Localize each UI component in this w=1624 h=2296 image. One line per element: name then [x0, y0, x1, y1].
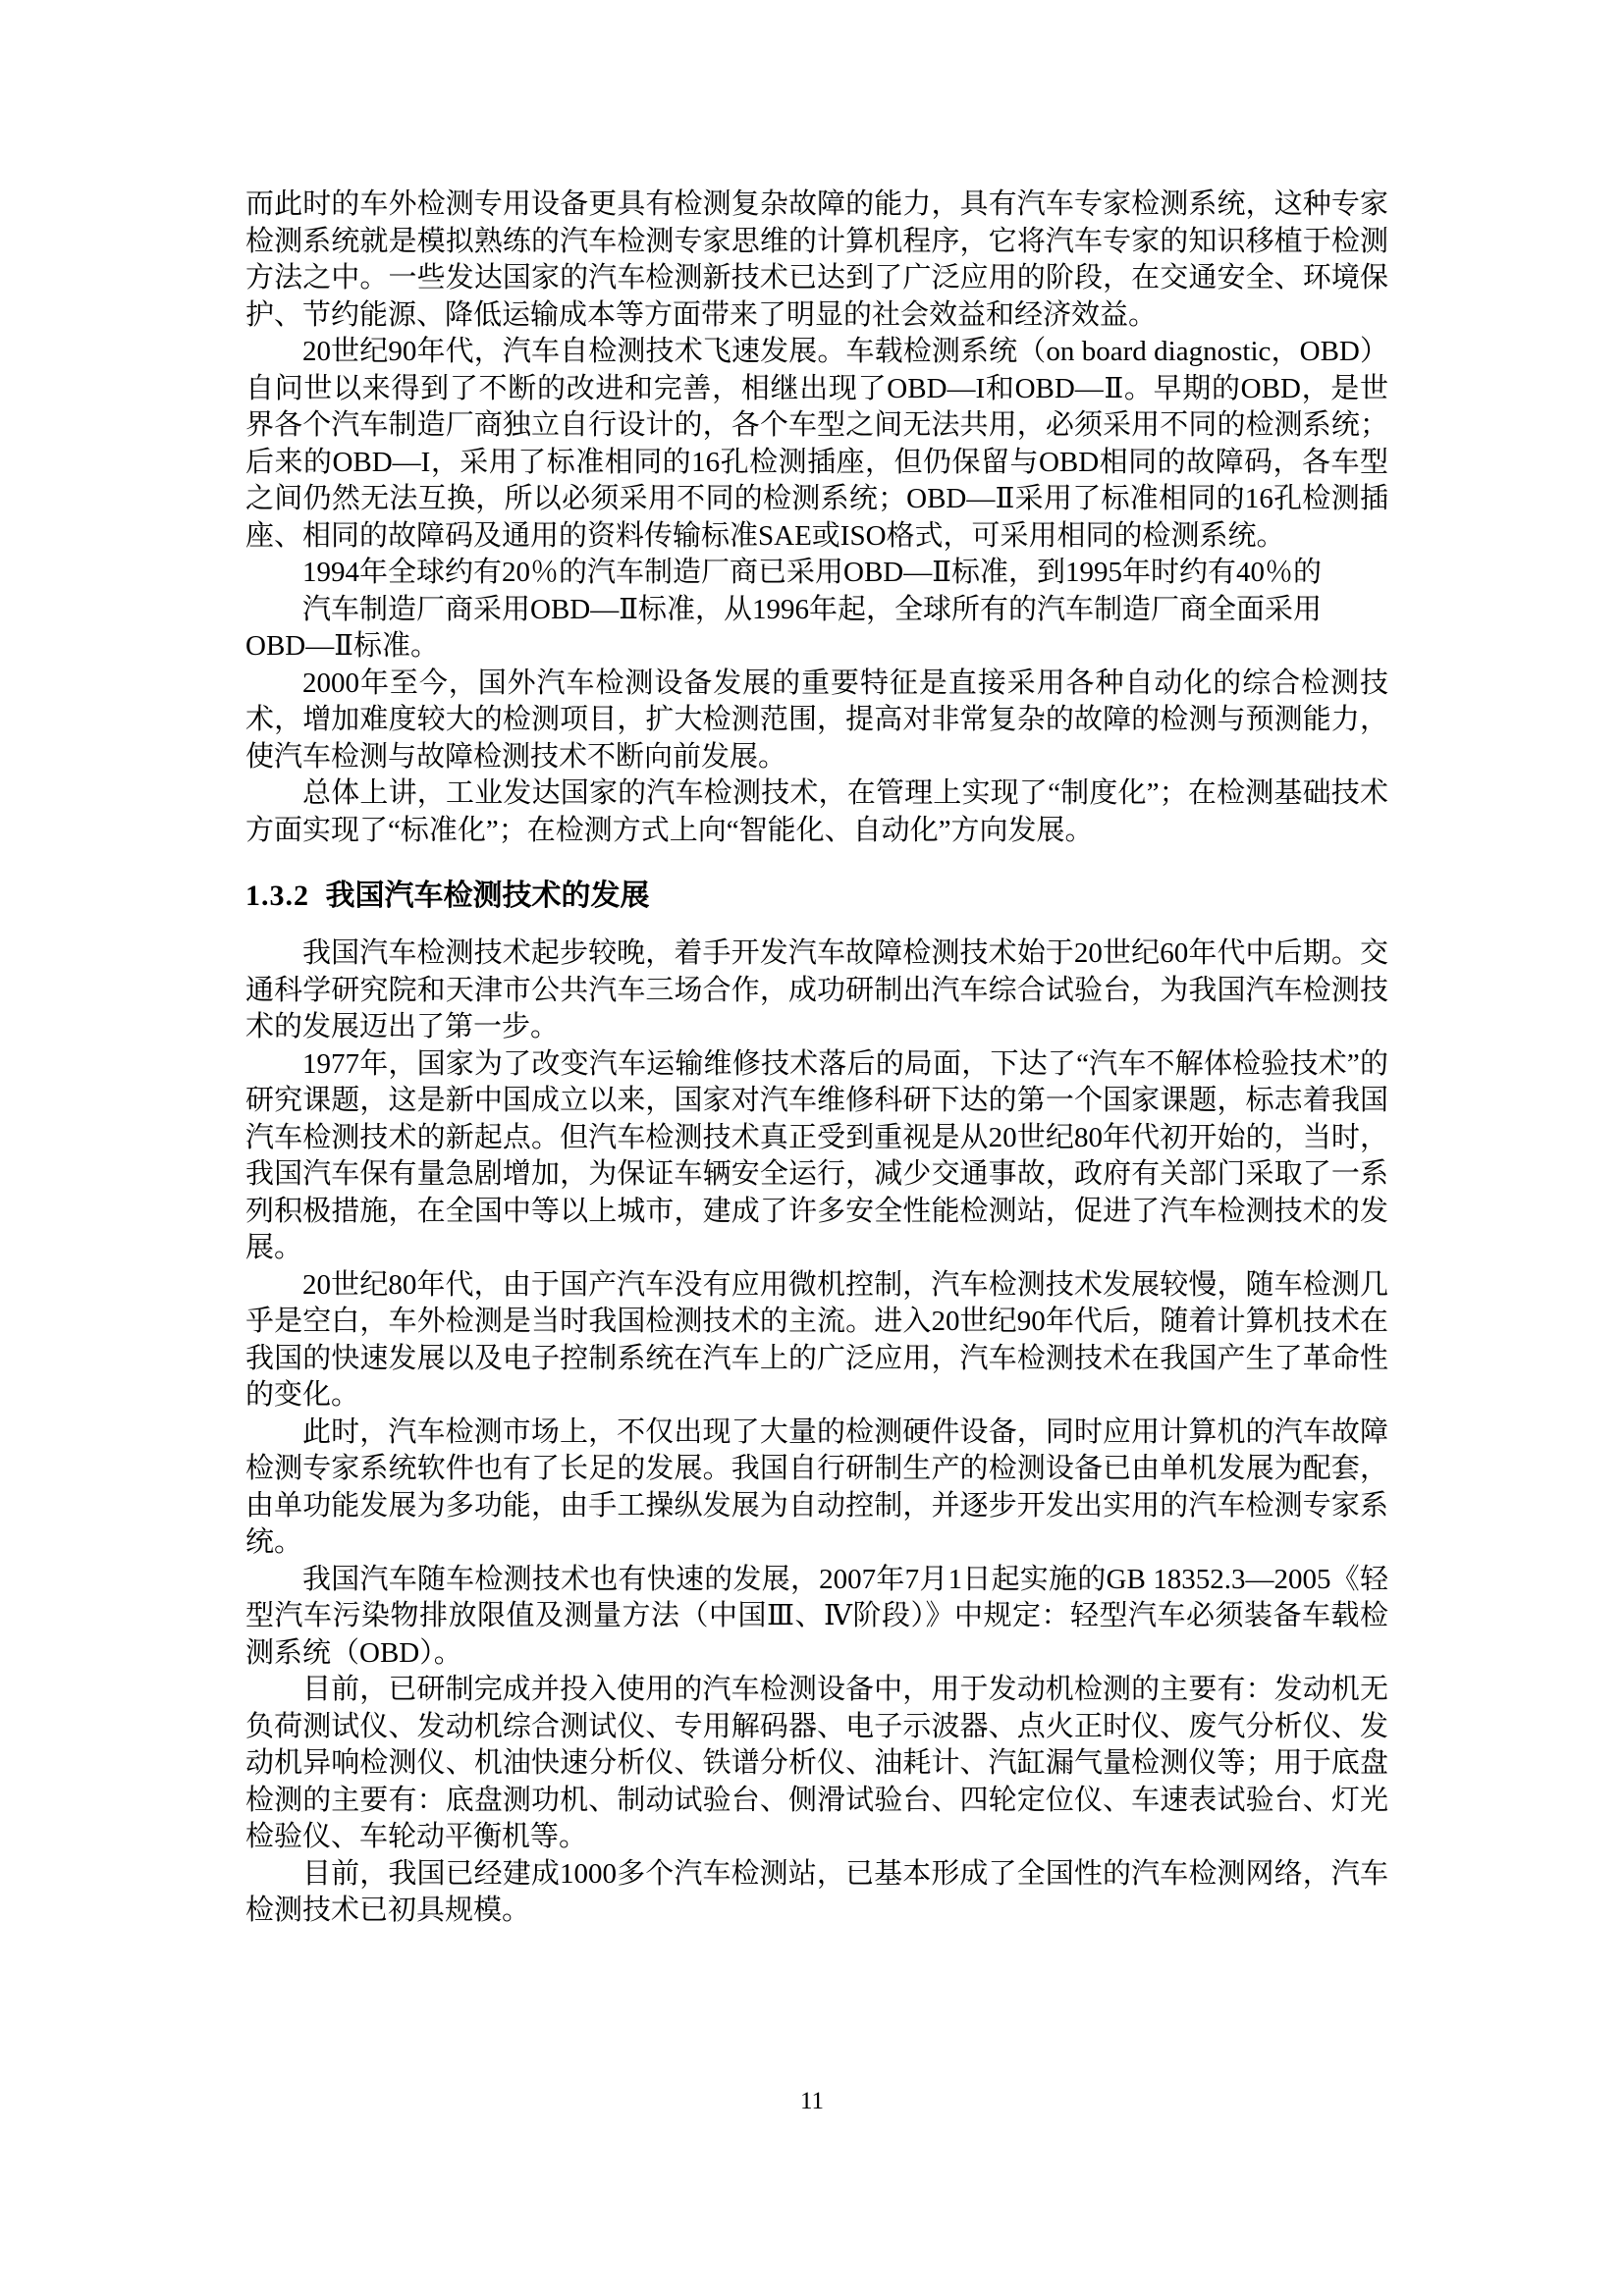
paragraph: 2000年至今，国外汽车检测设备发展的重要特征是直接采用各种自动化的综合检测技术… [245, 666, 1388, 776]
page-number: 11 [0, 2087, 1624, 2116]
paragraph: 我国汽车检测技术起步较晚，着手开发汽车故障检测技术始于20世纪60年代中后期。交… [245, 935, 1388, 1046]
paragraph-fixed-lines: 1994年全球约有20％的汽车制造厂商已采用OBD—Ⅱ标准，到1995年时约有4… [245, 555, 1388, 666]
page-text-block: 而此时的车外检测专用设备更具有检测复杂故障的能力，具有汽车专家检测系统，这种专家… [245, 187, 1388, 1930]
paragraph: 20世纪80年代，由于国产汽车没有应用微机控制，汽车检测技术发展较慢，随车检测几… [245, 1267, 1388, 1415]
section-heading: 1.3.2我国汽车检测技术的发展 [245, 877, 1388, 916]
paragraph-line: OBD—Ⅱ标准。 [245, 628, 1388, 666]
paragraph: 目前，已研制完成并投入使用的汽车检测设备中，用于发动机检测的主要有：发动机无负荷… [245, 1672, 1388, 1856]
paragraph-line: 1994年全球约有20％的汽车制造厂商已采用OBD—Ⅱ标准，到1995年时约有4… [245, 555, 1388, 592]
paragraph-line: 汽车制造厂商采用OBD—Ⅱ标准，从1996年起，全球所有的汽车制造厂商全面采用 [245, 592, 1388, 629]
paragraph: 总体上讲，工业发达国家的汽车检测技术，在管理上实现了“制度化”；在检测基础技术方… [245, 775, 1388, 849]
section-title: 我国汽车检测技术的发展 [326, 880, 650, 912]
document-page: 而此时的车外检测专用设备更具有检测复杂故障的能力，具有汽车专家检测系统，这种专家… [0, 0, 1624, 2296]
paragraph: 此时，汽车检测市场上，不仅出现了大量的检测硬件设备，同时应用计算机的汽车故障检测… [245, 1415, 1388, 1562]
paragraph: 1977年，国家为了改变汽车运输维修技术落后的局面，下达了“汽车不解体检验技术”… [245, 1046, 1388, 1267]
paragraph: 而此时的车外检测专用设备更具有检测复杂故障的能力，具有汽车专家检测系统，这种专家… [245, 187, 1388, 334]
paragraph: 目前，我国已经建成1000多个汽车检测站，已基本形成了全国性的汽车检测网络，汽车… [245, 1856, 1388, 1930]
paragraph: 我国汽车随车检测技术也有快速的发展，2007年7月1日起实施的GB 18352.… [245, 1562, 1388, 1673]
section-number: 1.3.2 [245, 880, 309, 912]
paragraph: 20世纪90年代，汽车自检测技术飞速发展。车载检测系统（on board dia… [245, 334, 1388, 555]
